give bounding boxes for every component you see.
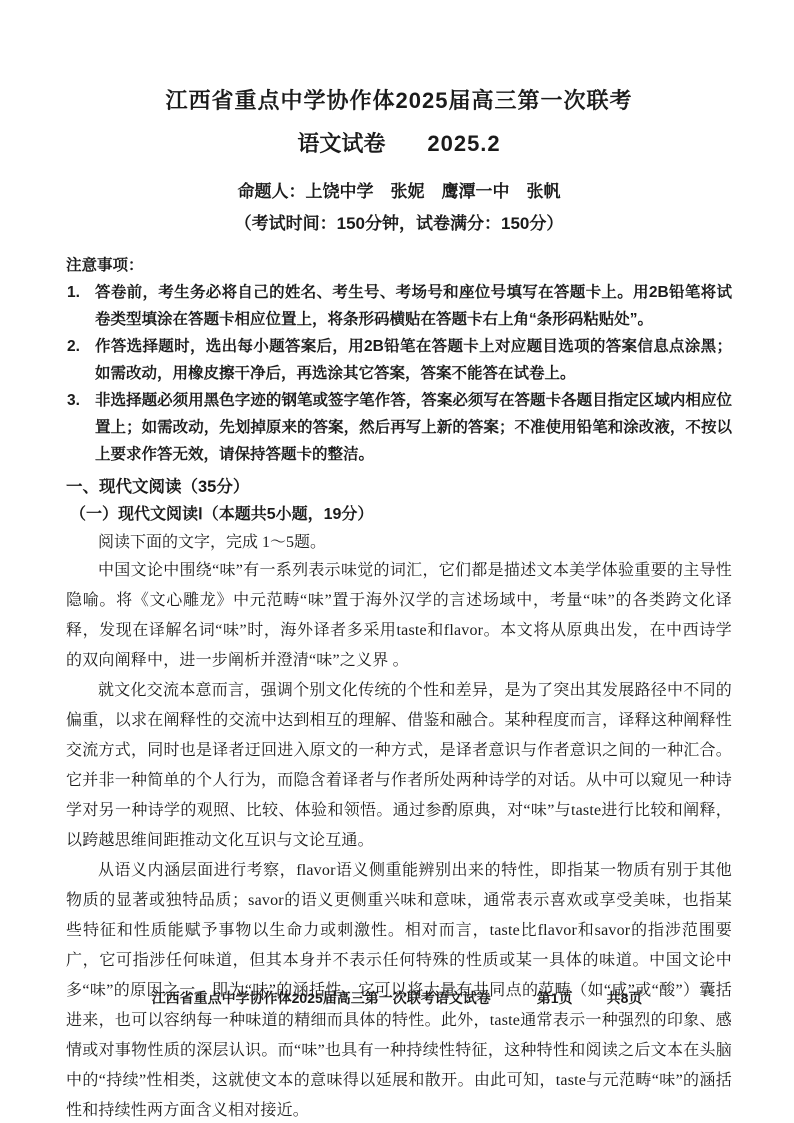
passage-paragraph: 中国文论中围绕“味”有一系列表示味觉的词汇，它们都是描述文本美学体验重要的主导性…: [66, 556, 732, 676]
footer-page-number: 第1页: [537, 988, 573, 1008]
passage-paragraph: 就文化交流本意而言，强调个别文化传统的个性和差异，是为了突出其发展路径中不同的偏…: [66, 676, 732, 856]
section-heading-modern-reading: 一、现代文阅读（35分）: [66, 473, 732, 501]
exam-date: 2025.2: [427, 131, 500, 156]
footer-doc-title: 江西省重点中学协作体2025届高三第一次联考语文试卷: [152, 988, 491, 1008]
exam-info: （考试时间：150分钟，试卷满分：150分）: [66, 212, 732, 236]
notice-item-text: 作答选择题时，选出每小题答案后，用2B铅笔在答题卡上对应题目选项的答案信息点涂黑…: [95, 338, 732, 382]
notice-item-number: 3.: [67, 387, 80, 414]
reading-instruction: 阅读下面的文字，完成 1～5题。: [66, 529, 732, 556]
exam-title: 江西省重点中学协作体2025届高三第一次联考: [66, 86, 732, 116]
notice-item: 1. 答卷前，考生务必将自己的姓名、考生号、考场号和座位号填写在答题卡上。用2B…: [66, 279, 732, 333]
notice-item: 3. 非选择题必须用黑色字迹的钢笔或签字笔作答，答案必须写在答题卡各题目指定区域…: [66, 387, 732, 468]
reading-passage: 中国文论中围绕“味”有一系列表示味觉的词汇，它们都是描述文本美学体验重要的主导性…: [66, 556, 732, 1123]
notice-item-number: 1.: [67, 279, 80, 306]
footer-total-pages: 共8页: [607, 988, 643, 1008]
notice-heading: 注意事项：: [66, 253, 732, 279]
notice-item-text: 答卷前，考生务必将自己的姓名、考生号、考场号和座位号填写在答题卡上。用2B铅笔将…: [95, 284, 732, 328]
subject-title-line: 语文试卷2025.2: [66, 130, 732, 158]
notice-item: 2. 作答选择题时，选出每小题答案后，用2B铅笔在答题卡上对应题目选项的答案信息…: [66, 333, 732, 387]
notice-section: 注意事项： 1. 答卷前，考生务必将自己的姓名、考生号、考场号和座位号填写在答题…: [66, 253, 732, 468]
subsection-heading-reading-1: （一）现代文阅读Ⅰ（本题共5小题，19分）: [66, 501, 732, 529]
setter-line: 命题人：上饶中学 张妮 鹰潭一中 张帆: [66, 180, 732, 204]
subject-title: 语文试卷: [297, 131, 385, 156]
page-footer: 江西省重点中学协作体2025届高三第一次联考语文试卷 第1页 共8页: [0, 988, 794, 1008]
notice-item-number: 2.: [67, 333, 80, 360]
notice-item-text: 非选择题必须用黑色字迹的钢笔或签字笔作答，答案必须写在答题卡各题目指定区域内相应…: [95, 392, 732, 463]
exam-paper-page: 江西省重点中学协作体2025届高三第一次联考 语文试卷2025.2 命题人：上饶…: [0, 0, 794, 1123]
